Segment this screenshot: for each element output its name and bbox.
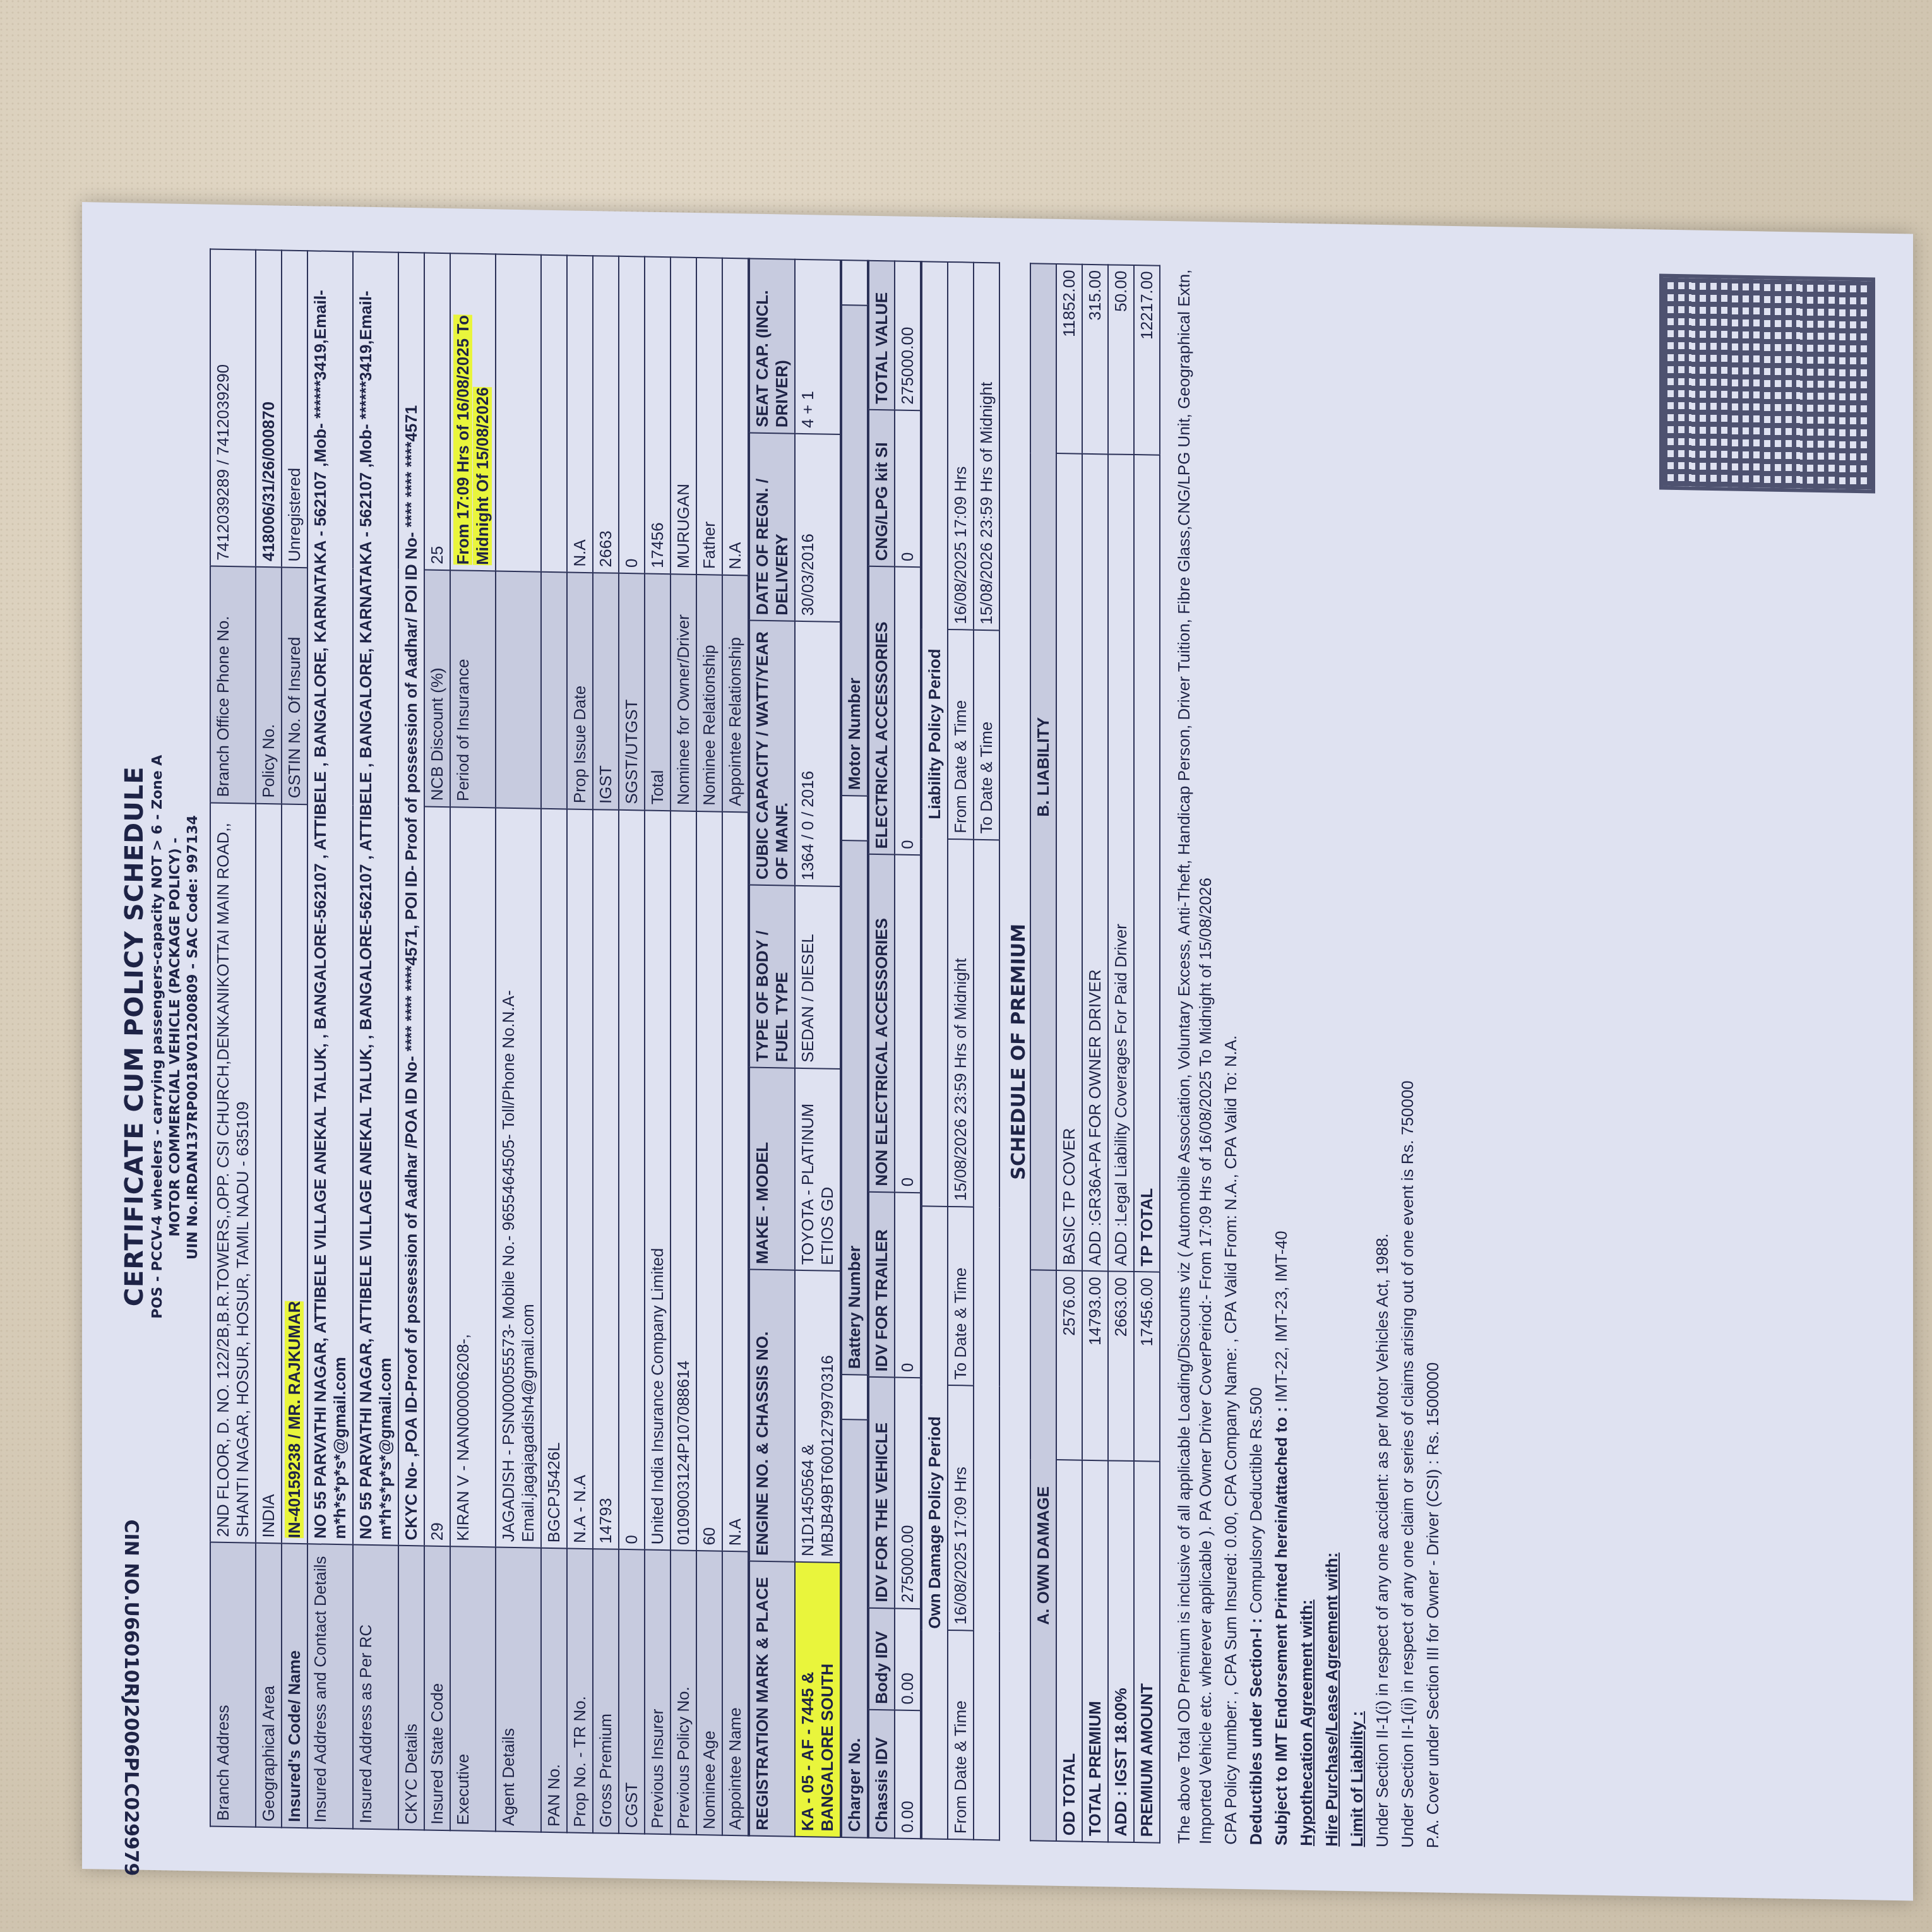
period-of-insurance: From 17:09 Hrs of 16/08/2025 To Midnight… [453, 315, 492, 566]
limit-title: Limit of Liability : [1346, 268, 1368, 1847]
prop-no: N.A - N.A [567, 809, 593, 1549]
label-nominee-rel: Nominee Relationship [696, 575, 722, 811]
label-agent: Agent Details [496, 1547, 541, 1832]
vehicle-value: SEDAN / DIESEL [795, 886, 840, 1069]
label-total: Total [645, 573, 671, 810]
policy-document: CIN NO.U66010RJ2006PLC029979 CERTIFICATE… [82, 202, 1913, 1901]
prop-issue: N.A [567, 255, 593, 573]
liability-value: 12217.00 [1134, 265, 1160, 455]
policy-details-table: Branch Address 2ND FLOOR, D. NO. 122/2B,… [210, 249, 749, 1837]
label-address-rc: Insured Address as Per RC [353, 1545, 398, 1830]
ckyc: CKYC No- ,POA ID-Proof of possession of … [398, 253, 424, 1546]
limit-line: P.A. Cover under Section III for Owner -… [1422, 270, 1443, 1849]
executive: KIRAN V - NAN000006208-, [450, 807, 496, 1547]
liability-value: 11852.00 [1056, 264, 1082, 453]
imt: IMT-22, IMT-23, IMT-40 [1272, 1231, 1291, 1407]
vehicle-header: CUBIC CAPACITY / WATT/YEAR OF MANF. [749, 621, 795, 886]
od-to-label: To Date & Time [948, 1207, 974, 1386]
liab-from-label: From Date & Time [948, 629, 974, 839]
vehicle-header: ENGINE NO. & CHASSIS NO. [749, 1270, 795, 1562]
premium-row: PREMIUM AMOUNT17456.00TP TOTAL12217.00 [1134, 265, 1160, 1843]
premium-row: TOTAL PREMIUM14793.00ADD :GR36A-PA FOR O… [1082, 265, 1108, 1842]
label-policy-no: Policy No. [256, 567, 282, 804]
liability-label: ADD :Legal Liability Coverages For Paid … [1108, 454, 1134, 1272]
idv-value: 0 [895, 567, 921, 856]
idv-value: 275000.00 [895, 1378, 921, 1609]
od-value: 14793.00 [1082, 1271, 1108, 1460]
igst: 2663 [593, 256, 619, 573]
vehicle-value: TOYOTA - PLATINUM ETIOS GD [795, 1068, 840, 1271]
policy-period-table: Own Damage Policy Period Liability Polic… [921, 261, 1000, 1840]
hire-purchase: Hire Purchase/Lease Agreement with: [1321, 268, 1342, 1847]
vehicle-numbers-table: Charger No. Battery Number Motor Number [841, 259, 868, 1839]
label-ckyc: CKYC Details [398, 1546, 424, 1830]
od-from: 16/08/2025 17:09 Hrs [948, 1385, 974, 1631]
idv-value: 0.00 [895, 1608, 921, 1710]
premium-row: ADD : IGST 18.00%2663.00ADD :Legal Liabi… [1108, 265, 1134, 1842]
vehicle-value: KA - 05 - AF - 7445 & BANGALORE SOUTH [795, 1562, 840, 1837]
idv-value: 0.00 [895, 1710, 921, 1839]
footer-notes: The above Total OD Premium is inclusive … [1173, 265, 1443, 1848]
policy-no: 418006/31/26/000870 [256, 250, 282, 568]
od-from-label: From Date & Time [948, 1630, 974, 1840]
appointee-rel: N.A [722, 258, 748, 576]
address-rc: NO 55 PARVATHI NAGAR, ATTIBELE VILLAGE A… [353, 251, 398, 1546]
liability-value: 315.00 [1082, 265, 1108, 454]
vehicle-value: 1364 / 0 / 2016 [795, 621, 840, 886]
od-label: PREMIUM AMOUNT [1134, 1461, 1160, 1843]
label-nominee: Nominee for Owner/Driver [671, 574, 696, 811]
liability-label: BASIC TP COVER [1056, 453, 1082, 1271]
od-label: TOTAL PREMIUM [1082, 1460, 1108, 1842]
vehicle-header: MAKE - MODEL [749, 1067, 795, 1270]
label-prop-no: Prop No. - TR No. [567, 1549, 593, 1833]
state-code: 29 [424, 806, 450, 1547]
nominee-rel: Father [696, 258, 722, 575]
pan: BGCPJ5426L [541, 808, 567, 1549]
ncb: 25 [424, 253, 450, 570]
od-label: ADD : IGST 18.00% [1108, 1461, 1134, 1843]
cin-number: CIN NO.U66010RJ2006PLC029979 [120, 1519, 142, 1876]
subtitle-line-3: UIN No.IRDAN137RP0018V01200809 - SAC Cod… [184, 248, 202, 1827]
label-period: Period of Insurance [450, 570, 496, 808]
vehicle-header: DATE OF REGN. / DELIVERY [749, 432, 795, 621]
gross-premium: 14793 [593, 809, 619, 1550]
label-geo-area: Geographical Area [256, 1543, 282, 1827]
agent: JAGADISH - PSN000055573- Mobile No.- 965… [496, 808, 541, 1548]
idv-header: Chassis IDV [869, 1710, 895, 1839]
label-nominee-age: Nominee Age [696, 1551, 722, 1835]
deductibles: Compulsory Deductible Rs.500 [1246, 1387, 1265, 1618]
gstin: Unregistered [282, 251, 307, 568]
premium-schedule-title: SCHEDULE OF PREMIUM [1008, 263, 1030, 1842]
label-motor: Motor Number [842, 305, 868, 796]
vehicle-header: REGISTRATION MARK & PLACE [749, 1561, 795, 1837]
idv-table: Chassis IDVBody IDVIDV FOR THE VEHICLEID… [868, 260, 921, 1839]
liability-period-title: Liability Policy Period [922, 261, 948, 1207]
label-igst: IGST [593, 573, 619, 809]
label-ncb: NCB Discount (%) [424, 569, 450, 806]
idv-value: 275000.00 [895, 261, 921, 410]
liability-label: ADD :GR36A-PA FOR OWNER DRIVER [1082, 453, 1108, 1271]
branch-phone: 7412039289 / 7412039290 [210, 249, 256, 567]
od-to: 15/08/2026 23:59 Hrs of Midnight [948, 838, 974, 1207]
sgst: 0 [619, 256, 645, 574]
od-value: 17456.00 [1134, 1272, 1160, 1461]
idv-header: IDV FOR TRAILER [869, 1191, 895, 1377]
idv-header: IDV FOR THE VEHICLE [869, 1377, 895, 1608]
label-sgst: SGST/UTGST [619, 573, 645, 810]
qr-code-icon [1659, 274, 1875, 494]
appointee: N.A [722, 811, 748, 1552]
idv-header: ELECTRICAL ACCESSORIES [869, 566, 895, 855]
label-insured-code: Insured's Code/ Name [282, 1544, 307, 1828]
od-period-title: Own Damage Policy Period [922, 1206, 948, 1839]
subtitle-line-2: MOTOR COMMERCIAL VEHICLE (PACKAGE POLICY… [167, 247, 184, 1826]
total: 17456 [645, 257, 671, 575]
liability-value: 50.00 [1108, 265, 1134, 454]
label-executive: Executive [450, 1547, 496, 1832]
prev-insurer: United India Insurance Company Limited [645, 810, 671, 1551]
nominee-age: 60 [696, 811, 722, 1552]
limit-line: Under Section II-1(ii) in respect of any… [1397, 269, 1418, 1848]
liab-to: 15/08/2026 23:59 Hrs of Midnight [974, 263, 999, 631]
label-appointee-rel: Appointee Relationship [722, 575, 748, 812]
branch-address: 2ND FLOOR, D. NO. 122/2B,B.R.TOWERS,,OPP… [210, 802, 256, 1543]
od-value: 2576.00 [1056, 1270, 1082, 1460]
liability-label: TP TOTAL [1134, 455, 1160, 1272]
cpa-details: CPA Policy number: , CPA Sum Insured: 0.… [1220, 266, 1241, 1845]
od-premium-note: The above Total OD Premium is inclusive … [1173, 265, 1216, 1844]
label-state-code: Insured State Code [424, 1546, 450, 1830]
premium-table: A. OWN DAMAGE B. LIABILITY OD TOTAL2576.… [1030, 263, 1160, 1844]
label-cgst: CGST [619, 1549, 645, 1834]
label-pan: PAN No. [541, 1548, 567, 1832]
od-label: OD TOTAL [1056, 1460, 1082, 1842]
vehicle-header: SEAT CAP. (INCL. DRIVER) [749, 258, 795, 433]
label-branch-phone: Branch Office Phone No. [210, 566, 256, 803]
own-damage-title: A. OWN DAMAGE [1030, 1270, 1056, 1841]
label-appointee: Appointee Name [722, 1551, 748, 1835]
idv-value: 0 [895, 855, 921, 1193]
label-gstin: GSTIN No. Of Insured [282, 567, 307, 804]
idv-value: 0 [895, 1192, 921, 1378]
liab-from: 16/08/2025 17:09 Hrs [948, 262, 974, 630]
liab-to-label: To Date & Time [974, 630, 999, 840]
label-branch-address: Branch Address [210, 1542, 256, 1827]
liability-title: B. LIABILITY [1030, 263, 1056, 1270]
geo-area: INDIA [256, 803, 282, 1544]
subtitle-line-1: POS - PCCV-4 wheelers - carrying passeng… [149, 247, 167, 1826]
label-address-contact: Insured Address and Contact Details [307, 1544, 353, 1829]
vehicle-value: 4 + 1 [795, 259, 840, 434]
address-contact: NO 55 PARVATHI NAGAR, ATTIBELE VILLAGE A… [307, 251, 353, 1545]
deductibles-label: Deductibles under Section-I : [1246, 1618, 1265, 1845]
insured-code: IN-40159238 / MR. RAJKUMAR [285, 1301, 304, 1538]
idv-value: 0 [895, 410, 921, 567]
cgst: 0 [619, 809, 645, 1550]
idv-header: NON ELECTRICAL ACCESSORIES [869, 854, 895, 1192]
idv-header: CNG/LPG kit SI [869, 409, 895, 566]
premium-row: OD TOTAL2576.00BASIC TP COVER11852.00 [1056, 264, 1082, 1842]
label-gross: Gross Premium [593, 1549, 619, 1833]
label-charger: Charger No. [842, 1419, 868, 1838]
hypothecation: Hypothecation Agreement with: [1296, 268, 1317, 1847]
imt-label: Subject to IMT Endorsement Printed herei… [1272, 1407, 1291, 1846]
label-prev-policy: Previous Policy No. [671, 1551, 696, 1835]
od-value: 2663.00 [1108, 1272, 1134, 1461]
vehicle-value: N1D1450564 & MBJB49BT6001279970316 [795, 1270, 840, 1563]
prev-policy: 0109003124P107088614 [671, 811, 696, 1551]
nominee: MURUGAN [671, 257, 696, 575]
vehicle-value: 30/03/2016 [795, 433, 840, 622]
limit-line: Under Section II-1(i) in respect of any … [1371, 269, 1393, 1848]
idv-header: Body IDV [869, 1607, 895, 1710]
label-battery: Battery Number [842, 840, 868, 1374]
label-prev-insurer: Previous Insurer [645, 1550, 671, 1834]
vehicle-table: REGISTRATION MARK & PLACEENGINE NO. & CH… [749, 258, 841, 1838]
idv-header: TOTAL VALUE [869, 261, 895, 410]
label-prop-issue: Prop Issue Date [567, 572, 593, 809]
vehicle-header: TYPE OF BODY / FUEL TYPE [749, 885, 795, 1068]
